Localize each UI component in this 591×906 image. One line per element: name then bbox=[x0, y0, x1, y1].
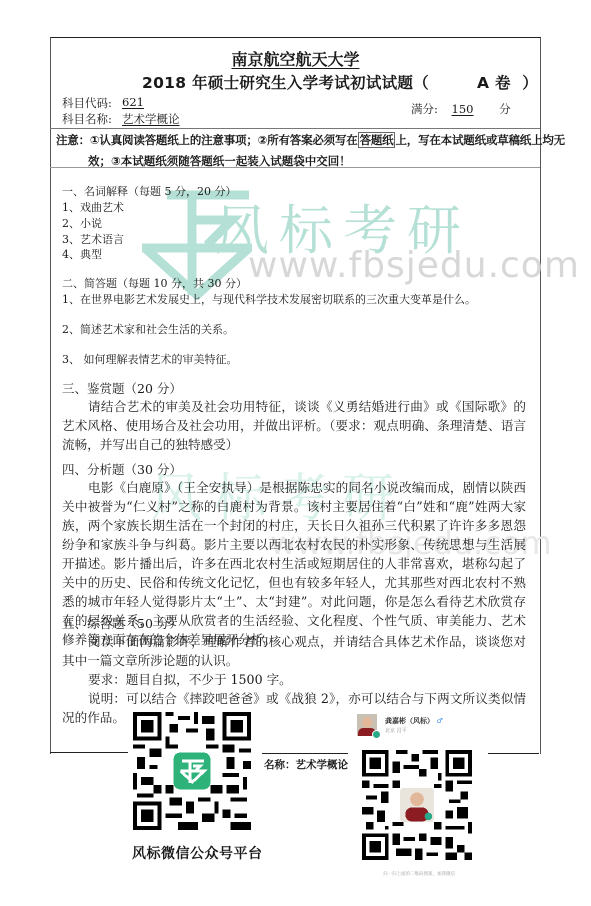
divider bbox=[50, 128, 540, 129]
question-paragraph: 阅读下面两篇影评，理解作者的核心观点，并请结合具体艺术作品，谈谈您对其中一篇文章… bbox=[62, 632, 526, 670]
question-item: 2、简述艺术家和社会生活的关系。 bbox=[62, 322, 234, 338]
profile-name: 龚嘉彬（风标） ♂ bbox=[385, 716, 443, 726]
section-heading: 五、综合题（50 分） bbox=[62, 614, 182, 632]
subject-label: 名称：艺术学概论 bbox=[264, 757, 348, 772]
subject-code-label: 科目代码: bbox=[62, 96, 112, 110]
question-paragraph: 要求：题目自拟，不少于 1500 字。 bbox=[62, 670, 526, 689]
section-heading: 一、名词解释（每题 5 分，20 分） bbox=[62, 184, 236, 200]
full-score-value: 150 bbox=[452, 102, 474, 116]
wechat-official-account-qr-code[interactable] bbox=[133, 712, 251, 830]
section-heading: 三、鉴赏题（20 分） bbox=[62, 379, 182, 397]
wechat-profile-card: 龚嘉彬（风标） ♂ 北京 昌平 bbox=[357, 714, 477, 740]
section-heading: 四、分析题（30 分） bbox=[62, 460, 182, 478]
question-item: 3、 如何理解表情艺术的审美特征。 bbox=[62, 352, 238, 368]
paper-version: A 卷 bbox=[477, 74, 511, 92]
question-item: 2、小说 bbox=[62, 216, 102, 232]
full-score-label: 满分: bbox=[411, 102, 438, 116]
answer-sheet-boxed-text: 答题纸 bbox=[358, 132, 396, 148]
scan-qr-caption: 扫一扫上面的二维码图案，加我微信 bbox=[383, 871, 455, 877]
subject-code-row: 科目代码: 621 bbox=[62, 95, 112, 111]
notice-line-1: 注意：①认真阅读答题纸上的注意事项；②所有答案必须写在答题纸上，写在本试题纸或草… bbox=[56, 132, 565, 148]
question-item: 3、艺术语言 bbox=[62, 232, 124, 248]
question-item: 1、戏曲艺术 bbox=[62, 200, 124, 216]
subject-name-label: 科目名称: bbox=[62, 112, 112, 126]
subject-label-rule bbox=[262, 753, 348, 754]
subject-name-row: 科目名称: 艺术学概论 bbox=[62, 111, 112, 127]
exam-paper-page: 风标考研 www.fbsjedu.com 风标考研 www.fbsjedu.co… bbox=[0, 0, 591, 906]
male-gender-icon: ♂ bbox=[436, 717, 442, 725]
wechat-personal-qr-code[interactable] bbox=[362, 750, 472, 860]
full-score-row: 满分: 150 分 bbox=[411, 101, 511, 117]
score-unit: 分 bbox=[499, 102, 511, 116]
subject-name-value: 艺术学概论 bbox=[122, 111, 180, 127]
question-paragraph: 请结合艺术的审美及社会功用特征，谈谈《义勇结婚进行曲》或《国际歌》的艺术风格、使… bbox=[62, 397, 526, 454]
frame-bottom-line bbox=[50, 752, 128, 753]
question-item: 1、在世界电影艺术发展史上，与现代科学技术发展密切联系的三次重大变革是什么。 bbox=[62, 292, 476, 308]
question-item: 4、典型 bbox=[62, 247, 102, 263]
qr-caption-official-account: 风标微信公众号平台 bbox=[132, 843, 263, 863]
university-title: 南京航空航天大学 bbox=[0, 47, 591, 70]
frame-bottom-line bbox=[488, 753, 539, 754]
divider bbox=[50, 167, 540, 168]
profile-region: 北京 昌平 bbox=[385, 727, 407, 734]
subject-code-value: 621 bbox=[122, 95, 144, 109]
exam-title: 2018 年硕士研究生入学考试初试试题（A 卷 ） bbox=[142, 71, 538, 93]
section-heading: 二、简答题（每题 10 分，共 30 分） bbox=[62, 276, 247, 292]
verified-badge-icon bbox=[372, 730, 381, 739]
